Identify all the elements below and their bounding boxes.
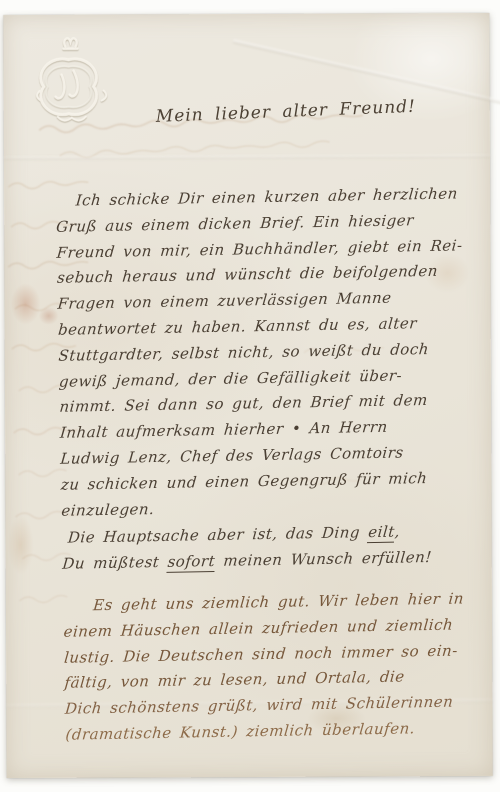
foxing-stain [8, 515, 34, 575]
paper-crease [233, 39, 500, 107]
letter-paragraph: Die Hauptsache aber ist, das Ding eilt,D… [60, 519, 475, 578]
letter-scan: Mein lieber alter Freund! Ich schicke Di… [0, 0, 500, 792]
letter-paragraph: Ich schicke Dir einen kurzen aber herzli… [54, 181, 474, 524]
paper-crease [4, 155, 490, 160]
foxing-stain [11, 283, 41, 325]
salutation: Mein lieber alter Freund! [155, 97, 416, 127]
letter-paper: Mein lieber alter Freund! Ich schicke Di… [3, 13, 492, 778]
letter-paragraph: Es geht uns ziemlich gut. Wir leben hier… [62, 586, 479, 748]
letter-body: Ich schicke Dir einen kurzen aber herzli… [54, 181, 478, 748]
underlined-word: sofort [167, 552, 216, 573]
embossed-crown-monogram-seal-icon [25, 31, 117, 127]
underlined-word: eilt [367, 523, 395, 544]
